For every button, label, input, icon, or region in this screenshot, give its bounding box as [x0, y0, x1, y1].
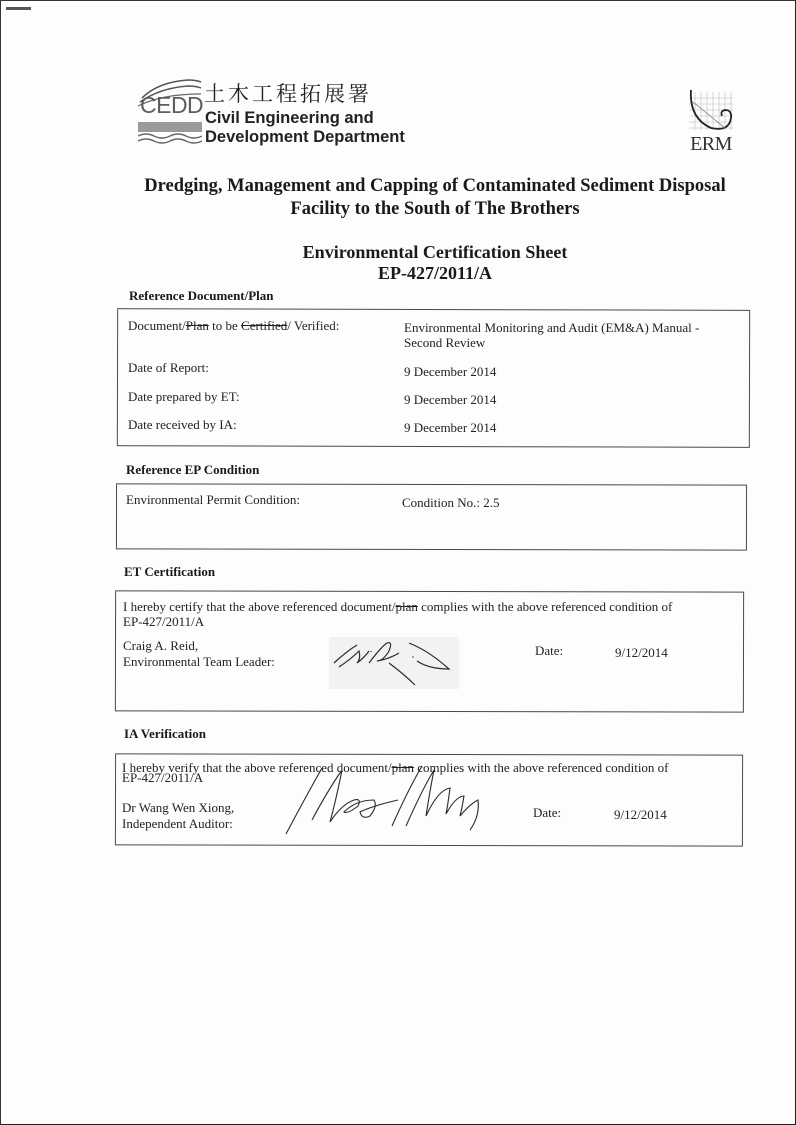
struck-text: plan — [396, 599, 418, 614]
struck-text: Certified — [241, 318, 287, 333]
ep-condition-value: Condition No.: 2.5 — [402, 495, 500, 511]
section-heading-ia-verification: IA Verification — [124, 726, 206, 742]
ia-signatory-role: Independent Auditor: — [122, 816, 233, 832]
document-title-line1: Environmental Monitoring and Audit (EM&A… — [404, 320, 699, 336]
scan-mark — [6, 7, 31, 10]
date-prepared-value: 9 December 2014 — [404, 392, 496, 408]
sheet-title: Environmental Certification Sheet EP-427… — [200, 242, 670, 284]
document-type-label: Document/Plan to be Certified/ Verified: — [128, 318, 339, 334]
cedd-english-name: Civil Engineering and Development Depart… — [205, 109, 405, 147]
et-signatory-role: Environmental Team Leader: — [123, 654, 275, 670]
ia-date-value: 9/12/2014 — [614, 807, 667, 823]
text-run: complies with the above referenced condi… — [418, 599, 673, 614]
text-run: to be — [209, 318, 241, 333]
permit-number: EP-427/2011/A — [200, 263, 670, 284]
document-title-line2: Second Review — [404, 335, 485, 351]
document-page — [0, 0, 796, 1125]
et-signature-icon — [329, 637, 459, 689]
erm-logo: ERM — [685, 88, 735, 156]
sheet-name: Environmental Certification Sheet — [200, 242, 670, 263]
cedd-name-line1: Civil Engineering and — [205, 109, 405, 128]
section-heading-reference-document: Reference Document/Plan — [129, 288, 274, 304]
section-heading-ep-condition: Reference EP Condition — [126, 462, 259, 478]
project-title: Dredging, Management and Capping of Cont… — [100, 175, 770, 221]
cedd-logo-letters: CEDD — [140, 92, 203, 119]
date-of-report-value: 9 December 2014 — [404, 364, 496, 380]
project-title-line2: Facility to the South of The Brothers — [100, 198, 770, 221]
date-prepared-label: Date prepared by ET: — [128, 389, 240, 405]
ep-condition-label: Environmental Permit Condition: — [126, 492, 300, 508]
et-statement-line1: I hereby certify that the above referenc… — [123, 599, 672, 615]
project-title-line1: Dredging, Management and Capping of Cont… — [100, 175, 770, 198]
et-date-value: 9/12/2014 — [615, 645, 668, 661]
ia-statement-line2: EP-427/2011/A — [122, 770, 203, 786]
erm-grid-spiral-icon — [685, 88, 735, 133]
text-run: I hereby certify that the above referenc… — [123, 599, 396, 614]
et-signatory-name: Craig A. Reid, — [123, 638, 198, 654]
erm-logo-text: ERM — [685, 133, 737, 156]
cedd-logo: CEDD 土木工程拓展署 Civil Engineering and Devel… — [138, 76, 408, 152]
cedd-name-line2: Development Department — [205, 128, 405, 147]
date-received-value: 9 December 2014 — [404, 420, 496, 436]
et-statement-line2: EP-427/2011/A — [123, 614, 204, 630]
struck-text: Plan — [186, 318, 209, 333]
ia-signatory-name: Dr Wang Wen Xiong, — [122, 800, 234, 816]
section-heading-et-certification: ET Certification — [124, 564, 215, 580]
date-received-label: Date received by IA: — [128, 417, 237, 433]
ia-signature-icon — [282, 760, 497, 838]
text-run: Document/ — [128, 318, 186, 333]
date-of-report-label: Date of Report: — [128, 360, 209, 376]
et-date-label: Date: — [535, 643, 563, 659]
ia-date-label: Date: — [533, 805, 561, 821]
text-run: / Verified: — [287, 318, 339, 333]
cedd-chinese-name: 土木工程拓展署 — [204, 78, 372, 108]
